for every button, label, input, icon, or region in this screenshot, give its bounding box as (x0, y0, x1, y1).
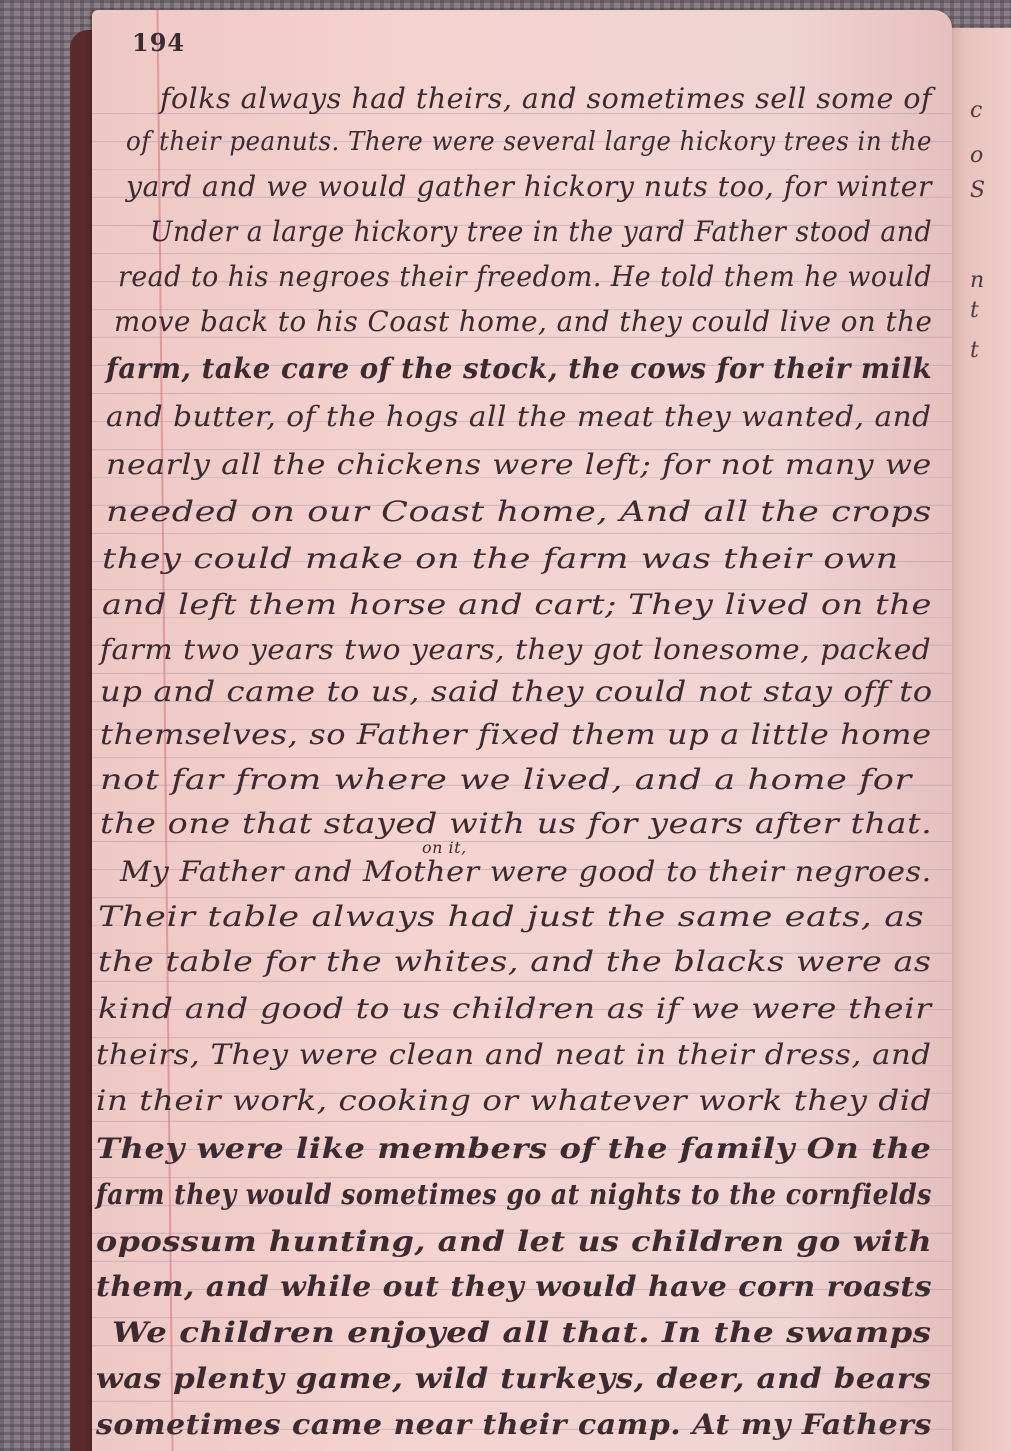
text-line: yard and we would gather hickory nuts to… (126, 170, 932, 203)
interlinear-insertion: on it, (422, 838, 467, 857)
text-line: We children enjoyed all that. In the swa… (112, 1316, 932, 1349)
page-number: 194 (132, 28, 185, 57)
adjacent-page-fragment: o (970, 143, 983, 168)
text-line: and left them horse and cart; They lived… (102, 588, 932, 621)
text-line: sometimes came near their camp. At my Fa… (96, 1408, 932, 1441)
adjacent-page-fragment: t (970, 338, 979, 363)
text-line: them, and while out they would have corn… (96, 1270, 932, 1303)
text-line: up and came to us, said they could not s… (100, 675, 933, 708)
text-line: Under a large hickory tree in the yard F… (150, 215, 932, 248)
text-line: My Father and Mother were good to their … (120, 855, 932, 888)
text-line: opossum hunting, and let us children go … (96, 1225, 932, 1258)
adjacent-page-fragment: c (970, 98, 982, 123)
text-line: was plenty game, wild turkeys, deer, and… (96, 1362, 932, 1395)
text-line: folks always had theirs, and sometimes s… (160, 82, 932, 115)
text-line: not far from where we lived, and a home … (100, 763, 912, 796)
text-line: kind and good to us children as if we we… (98, 992, 932, 1025)
text-line: they could make on the farm was their ow… (102, 542, 899, 575)
text-line: nearly all the chickens were left; for n… (106, 448, 932, 481)
adjacent-page-fragment: n (970, 268, 984, 293)
text-line: in their work, cooking or whatever work … (96, 1084, 932, 1117)
text-line: the one that stayed with us for years af… (100, 807, 932, 840)
adjacent-page-fragment: t (970, 298, 979, 323)
text-line: They were like members of the family On … (96, 1132, 931, 1165)
text-line: Their table always had just the same eat… (98, 900, 924, 933)
notebook-page: 194 folks always had theirs, and sometim… (92, 10, 952, 1451)
text-line: themselves, so Father fixed them up a li… (100, 718, 932, 751)
text-line: theirs, They were clean and neat in thei… (96, 1038, 932, 1071)
text-line: farm, take care of the stock, the cows f… (106, 352, 932, 385)
text-line: and butter, of the hogs all the meat the… (106, 400, 932, 433)
text-line: read to his negroes their freedom. He to… (118, 260, 932, 293)
adjacent-page-fragment: S (970, 178, 985, 203)
text-line: the table for the whites, and the blacks… (98, 945, 932, 978)
text-line: needed on our Coast home, And all the cr… (106, 495, 932, 528)
text-line: farm they would sometimes go at nights t… (96, 1178, 932, 1211)
text-line: move back to his Coast home, and they co… (114, 305, 932, 338)
text-line: of their peanuts. There were several lar… (126, 127, 932, 157)
text-line: farm two years two years, they got lones… (100, 633, 931, 666)
